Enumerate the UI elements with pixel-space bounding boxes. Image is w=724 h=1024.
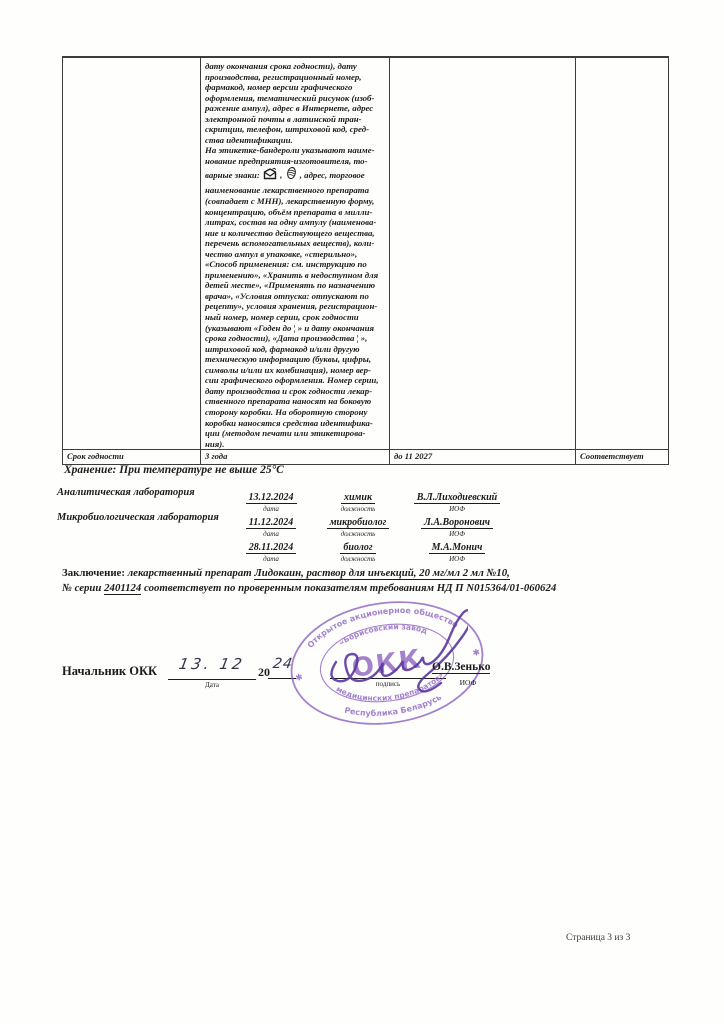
lab-date-value: 11.12.2024 bbox=[246, 517, 296, 529]
lab-row: 28.11.2024 дата биолог должность М.А.Мон… bbox=[57, 537, 497, 562]
description-line: ние и количество действующего вещества, bbox=[205, 228, 386, 239]
expiry-date-cell: до 11 2027 bbox=[394, 451, 432, 461]
description-line: рецепту», условия хранения, регистрацион… bbox=[205, 301, 386, 312]
description-line: варные знаки: , , адрес, торговое bbox=[205, 166, 386, 185]
conclusion-line-1: Заключение: лекарственный препарат Лидок… bbox=[62, 566, 662, 581]
description-line: На этикетке-бандероли указывают наиме- bbox=[205, 145, 386, 156]
lab-position-value: биолог bbox=[340, 542, 375, 554]
handwritten-date: 13. 12 bbox=[178, 655, 247, 673]
description-line: оформления, тематический рисунок (изоб- bbox=[205, 93, 386, 104]
description-line: врача», «Условия отпуска: отпускают по bbox=[205, 291, 386, 302]
storage-note: Хранение: При температуре не выше 25°С bbox=[64, 464, 284, 476]
shelf-life-value-cell: 3 года bbox=[205, 451, 227, 461]
oval-emblem-icon bbox=[286, 166, 297, 185]
description-line: перечень вспомогательных веществ), коли- bbox=[205, 238, 386, 249]
description-line: ния). bbox=[205, 439, 386, 450]
certificate-page-3: дату окончания срока годности), датупрои… bbox=[0, 0, 724, 1024]
lab-date-column: 13.12.2024 дата bbox=[237, 487, 305, 513]
description-line: дату производства и срок годности лекар- bbox=[205, 386, 386, 397]
lab-person-name: В.Л.Лиходиевский bbox=[414, 492, 501, 504]
lab-person-name: Л.А.Воронович bbox=[421, 517, 493, 529]
shelf-life-label-cell: Срок годности bbox=[67, 451, 124, 461]
date-underline bbox=[168, 679, 256, 680]
lab-row: Аналитическая лаборатория 13.12.2024 дат… bbox=[57, 487, 497, 512]
lab-date-value: 28.11.2024 bbox=[246, 542, 296, 554]
description-line: детей месте», «Применять по назначению bbox=[205, 280, 386, 291]
description-line: концентрацию, объём препарата в милли- bbox=[205, 207, 386, 218]
description-line: наименование лекарственного препарата bbox=[205, 185, 386, 196]
description-line: символы и/или их комбинация), номер вер- bbox=[205, 365, 386, 376]
table-cell-description: дату окончания срока годности), датупрои… bbox=[205, 61, 386, 449]
lab-date-column: 28.11.2024 дата bbox=[237, 537, 305, 563]
approver-title: Начальник ОКК bbox=[62, 664, 157, 679]
lab-date-value: 13.12.2024 bbox=[246, 492, 297, 504]
description-line: «Способ применения: см. инструкцию по bbox=[205, 259, 386, 270]
lab-person-column: В.Л.Лиходиевский ИОФ bbox=[379, 487, 535, 513]
date-label: Дата bbox=[168, 681, 256, 689]
description-line: литрах, состав на одну ампулу (наименова… bbox=[205, 217, 386, 228]
description-line: чество ампул в упаковке, «стерильно», bbox=[205, 249, 386, 260]
description-line: сторону коробки. На оборотную сторону bbox=[205, 407, 386, 418]
description-line: производства, регистрационный номер, bbox=[205, 72, 386, 83]
spec-table: дату окончания срока годности), датупрои… bbox=[62, 56, 669, 465]
lab-name: Микробиологическая лаборатория bbox=[57, 512, 219, 523]
lab-row: Микробиологическая лаборатория 11.12.202… bbox=[57, 512, 497, 537]
description-line: скрипции, телефон, штриховой код, сред- bbox=[205, 124, 386, 135]
svg-text:✱: ✱ bbox=[295, 673, 304, 684]
page-footer: Страница 3 из 3 bbox=[566, 933, 630, 943]
description-line: нование предприятия-изготовителя, то- bbox=[205, 156, 386, 167]
lab-person-label: ИОФ bbox=[379, 555, 535, 563]
conclusion-label: Заключение: bbox=[62, 567, 125, 579]
conclusion-block: Заключение: лекарственный препарат Лидок… bbox=[62, 566, 662, 596]
description-line: (совпадает с МНН), лекарственную форму, bbox=[205, 196, 386, 207]
description-line: срока годности), «Дата производства ¦ », bbox=[205, 333, 386, 344]
batch-number: 2401124 bbox=[104, 582, 141, 595]
description-line: штриховой код, фармакод и/или другую bbox=[205, 344, 386, 355]
lab-position-value: химик bbox=[341, 492, 375, 504]
drug-name: Лидокаин, раствор для инъекций, 20 мг/мл… bbox=[254, 567, 509, 580]
conformity-cell: Соответствует bbox=[580, 451, 644, 461]
lab-person-name: М.А.Монич bbox=[429, 542, 486, 554]
borisov-zavod-logo-icon bbox=[263, 168, 277, 185]
description-line: (указывают «Годен до ¦ » и дату окончани… bbox=[205, 323, 386, 334]
description-line: ражение ампул), адрес в Интернете, адрес bbox=[205, 103, 386, 114]
description-line: ства идентификации. bbox=[205, 135, 386, 146]
shelf-life-row: Срок годности 3 года до 11 2027 Соответс… bbox=[63, 451, 668, 464]
conclusion-line-2: № серии 2401124 соответствует по провере… bbox=[62, 581, 662, 596]
description-line: электронной почты в латинской тран- bbox=[205, 114, 386, 125]
approver-name: О.В.Зенько bbox=[432, 661, 490, 674]
description-line: коробки наносятся средства идентифика- bbox=[205, 418, 386, 429]
description-line: ственного препарата наносят на боковую bbox=[205, 396, 386, 407]
svg-text:✱: ✱ bbox=[472, 648, 481, 659]
description-line: сии графического оформления. Номер серии… bbox=[205, 375, 386, 386]
description-line: дату окончания срока годности), дату bbox=[205, 61, 386, 72]
table-row-divider bbox=[63, 449, 668, 450]
description-line: фармакод, номер версии графического bbox=[205, 82, 386, 93]
description-line: ный номер, номер серии, срок годности bbox=[205, 312, 386, 323]
lab-person-column: М.А.Монич ИОФ bbox=[379, 537, 535, 563]
description-line: техническую информацию (буквы, цифры, bbox=[205, 354, 386, 365]
description-line: ции (методом печати или этикетирова- bbox=[205, 428, 386, 439]
approver-name-label: ИОФ bbox=[432, 678, 504, 687]
table-divider-2 bbox=[389, 58, 390, 464]
lab-date-label: дата bbox=[237, 555, 305, 563]
table-divider-3 bbox=[575, 58, 576, 464]
description-line: применению», «Хранить в недоступном для bbox=[205, 270, 386, 281]
labs-block: Аналитическая лаборатория 13.12.2024 дат… bbox=[57, 487, 497, 562]
lab-date-column: 11.12.2024 дата bbox=[237, 512, 305, 538]
lab-person-column: Л.А.Воронович ИОФ bbox=[379, 512, 535, 538]
table-divider-1 bbox=[200, 58, 201, 464]
lab-name: Аналитическая лаборатория bbox=[57, 487, 195, 498]
